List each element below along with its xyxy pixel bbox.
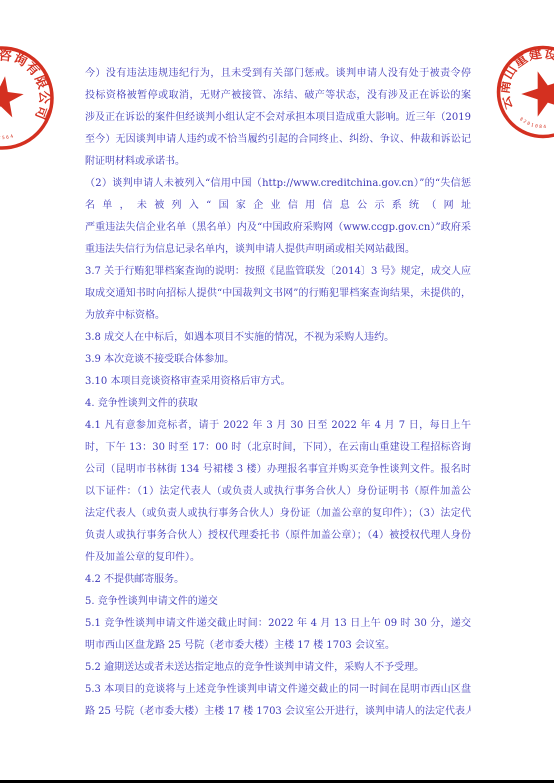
text-line: 3.7 关于行贿犯罪档案查询的说明：按照《昆监管联发〔2014〕3 号》规定，成… [85, 261, 471, 283]
text-line: 4.1 凡有意参加竞标者，请于 2022 年 3 月 30 日至 2022 年 … [85, 415, 471, 437]
company-seal-left-icon: 招标咨询有限公司 0252564 [0, 38, 62, 158]
text-line: 至今）无因谈判申请人违约或不恰当履约引起的合同终止、纠纷、争议、仲裁和诉讼记录。 [85, 129, 471, 151]
seal-star-icon [0, 73, 26, 118]
text-line: 公司（昆明市书林街 134 号裙楼 3 楼）办理报名事宜并购买竞争性谈判文件。报… [85, 459, 471, 481]
text-line: 法定代表人（或负责人或执行事务合伙人）身份证（加盖公章的复印件）；（3）法定代表… [85, 503, 471, 525]
text-line: 5.1 竞争性谈判申请文件递交截止时间：2022 年 4 月 13 日上午 09… [85, 613, 471, 635]
text-line: 5.3 本项目的竞谈将与上述竞争性谈判申请文件递交截止的同一时间在昆明市西山区盘… [85, 679, 471, 701]
text-line: 投标资格被暂停或取消，无财产被接管、冻结、破产等状态，没有涉及正在诉讼的案件，或 [85, 85, 471, 107]
text-line: 今）没有违法违规违纪行为，且未受到有关部门惩戒。谈判申请人没有处于被责令停业，无 [85, 63, 471, 85]
text-line: 路 25 号院（老市委大楼）主楼 17 楼 1703 会议室公开进行，谈判申请人… [85, 701, 471, 723]
text-line: 4. 竞争性谈判文件的获取 [85, 393, 471, 415]
text-line: （2）谈判申请人未被列入“信用中国（http://www.creditchina… [85, 173, 471, 195]
text-line: 3.8 成交人在中标后，如遇本项目不实施的情况，不视为采购人违约。 [85, 327, 471, 349]
text-line: 附证明材料或承诺书。 [85, 151, 471, 173]
company-seal-right-icon: 云南山重建设工程 8201084 [487, 36, 554, 148]
text-line: 以下证件：（1）法定代表人（或负责人或执行事务合伙人）身份证明书（原件加盖公章）… [85, 481, 471, 503]
text-line: 件及加盖公章的复印件）。 [85, 547, 471, 569]
text-line: 4.2 不提供邮寄服务。 [85, 569, 471, 591]
text-line: 严重违法失信企业名单（黑名单）内及“中国政府采购网（www.ccgp.gov.c… [85, 217, 471, 239]
text-line: 明市西山区盘龙路 25 号院（老市委大楼）主楼 17 楼 1703 会议室。 [85, 635, 471, 657]
text-line: 5.2 逾期送达或者未送达指定地点的竞争性谈判申请文件，采购人不予受理。 [85, 657, 471, 679]
text-line: 3.9 本次竞谈不接受联合体参加。 [85, 349, 471, 371]
seal-star-icon [516, 64, 554, 119]
text-line: 3.10 本项目竞谈资格审查采用资格后审方式。 [85, 371, 471, 393]
text-line: 为放弃中标资格。 [85, 305, 471, 327]
text-line: 涉及正在诉讼的案件但经谈判小组认定不会对承担本项目造成重大影响。近三年（2019… [85, 107, 471, 129]
text-line: 负责人或执行事务合伙人）授权代理委托书（原件加盖公章）；（4）被授权代理人身份证… [85, 525, 471, 547]
seal-serial-digits: 8201084 [518, 116, 548, 130]
seal-serial-digits: 0252564 [0, 132, 15, 141]
text-line: 5. 竞争性谈判申请文件的递交 [85, 591, 471, 613]
document-text-block: 今）没有违法违规违纪行为，且未受到有关部门惩戒。谈判申请人没有处于被责令停业，无… [85, 63, 471, 723]
text-line: 名单，未被列入“国家企业信用信息公示系统（网址 http://www.gsxt.… [85, 195, 471, 217]
text-line: 取成交通知书时向招标人提供“中国裁判文书网”的行贿犯罪档案查询结果，未提供的，视 [85, 283, 471, 305]
text-line: 重违法失信行为信息记录名单内，谈判申请人提供声明函或相关网站截图。 [85, 239, 471, 261]
document-page: 今）没有违法违规违纪行为，且未受到有关部门惩戒。谈判申请人没有处于被责令停业，无… [0, 0, 554, 783]
text-line: 时，下午 13：30 时至 17：00 时（北京时间，下同），在云南山重建设工程… [85, 437, 471, 459]
